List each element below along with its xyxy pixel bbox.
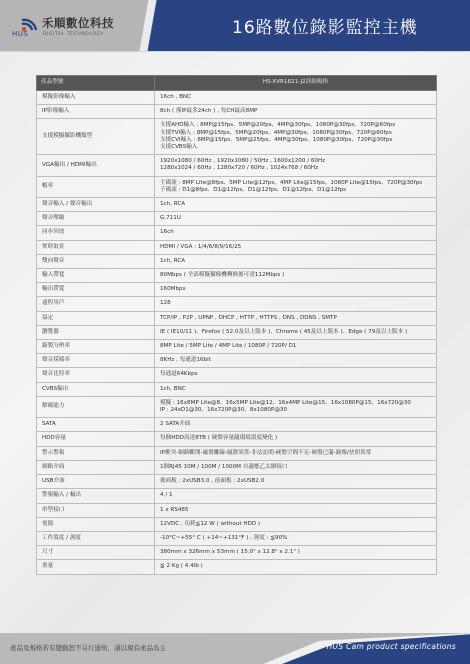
spec-value: 主碼流 : 8MP Lite@8fps、5MP Lite@12fps、4MP L… [155,176,437,197]
spec-row: 聲音比特率每通道64Kbps [37,368,437,382]
spec-row: USB介面後面板 : 2xUSB3.0 , 前面板 : 2xUSB2.0 [37,475,437,489]
spec-row: 工作溫度 / 濕度-10°C~+55° C ( +14~+131°F ) , 濕… [37,531,437,545]
spec-header-model: HS-XVR1621-J2詳細規格 [155,76,437,91]
spec-value: G.711U [155,212,437,226]
spec-row: 輸出帶寬160Mbps [37,283,437,297]
spec-label: 串型接口 [37,503,155,517]
spec-label: 實時取景 [37,240,155,254]
spec-row: 雙向聲音1ch, RCA [37,254,437,268]
spec-header-row: 產品型號 HS-XVR1621-J2詳細規格 [37,76,437,91]
spec-row: 瀏覽器IE ( IE10/11 )、Firefox ( 52.0及以上版本 )、… [37,325,437,339]
spec-value-line: IP : 24xD1@30、16x720P@30、8x1080P@30 [160,407,431,414]
spec-label: 雙向聲音 [37,254,155,268]
spec-value: IP衝突-網路斷開-磁盤離線-磁盤異常-非法訪問-硬盤空間不足-硬盤已滿-錄像/… [155,446,437,460]
spec-label: 輸入帶寬 [37,269,155,283]
spec-value: 模擬 : 16x8MP Lite@8、16x5MP Lite@12、16x4MP… [155,396,437,417]
spec-row: 幀率主碼流 : 8MP Lite@8fps、5MP Lite@12fps、4MP… [37,176,437,197]
spec-value-line: 80Mbps ( 全部模擬攝像機轉換後可達112Mbps ) [160,272,431,279]
spec-value-line: 主碼流 : 8MP Lite@8fps、5MP Lite@12fps、4MP L… [160,180,431,187]
spec-row: 串型接口1 x RS485 [37,503,437,517]
spec-value-line: 16ch , BNC [160,94,431,101]
spec-value-line: 每個HDD高達8TB ( 硬盤容量隨環境溫度變化 ) [160,435,431,442]
spec-value-line: TCP/IP , P2P , UPNP , DHCP , HTTP , HTTP… [160,315,431,322]
spec-header-label: 產品型號 [37,76,155,91]
spec-label: 模擬影像輸入 [37,91,155,105]
spec-label: 瀏覽器 [37,325,155,339]
spec-value-line: 1ch, RCA [160,258,431,265]
spec-value-line: 1 x RS485 [160,507,431,514]
spec-value-line: HDMI / VGA : 1/4/6/8/9/16/25 [160,244,431,251]
spec-value-line: 8MP Lite / 5MP Lite / 4MP Lite / 1080P /… [160,343,431,350]
spec-value: 12VDC , 功耗≦12 W ( without HDD ) [155,517,437,531]
spec-row: 輸入帶寬80Mbps ( 全部模擬攝像機轉換後可達112Mbps ) [37,269,437,283]
spec-row: 警報輸入 / 輸出4 / 1 [37,489,437,503]
spec-label: 警示警報 [37,446,155,460]
spec-row: 模擬影像輸入16ch , BNC [37,91,437,105]
spec-row: 網路介面1個RJ45 10M / 100M / 1000M 自適應乙太網接口 [37,460,437,474]
spec-row: 遠程用戶128 [37,297,437,311]
spec-value: 1ch, BNC [155,382,437,396]
spec-value-line: -10°C~+55° C ( +14~+131°F ) , 濕度 : ≦90% [160,535,431,542]
spec-label: 聲音壓縮 [37,212,155,226]
brand-name-en: DIGITAL TECHNOLOGY [43,32,104,37]
spec-value-line: 128 [160,300,431,307]
spec-body: 模擬影像輸入16ch , BNCIP影像輸入8ch ( 僅IP最多24ch ) … [37,91,437,575]
spec-label: 工作溫度 / 濕度 [37,531,155,545]
spec-label: 輸出帶寬 [37,283,155,297]
spec-row: 聲音壓縮G.711U [37,212,437,226]
spec-value: 8MP Lite / 5MP Lite / 4MP Lite / 1080P /… [155,340,437,354]
spec-value-line: 模擬 : 16x8MP Lite@8、16x5MP Lite@12、16x4MP… [160,400,431,407]
spec-label: HDD容量 [37,432,155,446]
spec-value-line: 1280x1024 / 60Hz , 1280x720 / 60Hz , 102… [160,165,431,172]
spec-value-line: 12VDC , 功耗≦12 W ( without HDD ) [160,521,431,528]
spec-label: 遠程用戶 [37,297,155,311]
spec-label: 警報輸入 / 輸出 [37,489,155,503]
page-footer: 產品及規格若有變動恕不另行通知，請以現有產品為主 HUS Cam product… [0,633,470,664]
spec-label: 同步回放 [37,226,155,240]
spec-value: 80Mbps ( 全部模擬攝像機轉換後可達112Mbps ) [155,269,437,283]
spec-value: 8ch ( 僅IP最多24ch ) , 每CH最高8MP [155,105,437,119]
spec-row: 支援模擬攝影機類型支援AHD輸入 : 8MP@15fps、5MP@20fps、4… [37,119,437,155]
spec-label: 協定 [37,311,155,325]
spec-value-line: 4 / 1 [160,492,431,499]
footer-tagline: HUS Cam product specifications [327,642,456,651]
spec-value-line: 380mm x 326mm x 53mm ( 15.0" x 12.8" x 2… [160,549,431,556]
spec-label: 錄製分辨率 [37,340,155,354]
spec-value: 2 SATA介面 [155,418,437,432]
spec-label: 支援模擬攝影機類型 [37,119,155,155]
page-header: HUS 禾順數位科技 DIGITAL TECHNOLOGY 16路數位錄影監控主… [0,0,470,51]
spec-value-line: 16ch [160,229,431,236]
spec-row: CVBS輸出1ch, BNC [37,382,437,396]
spec-label: VGA輸出 / HDMI輸出 [37,155,155,176]
spec-value: 16ch , BNC [155,91,437,105]
spec-value-line: 1ch, BNC [160,386,431,393]
spec-row: HDD容量每個HDD高達8TB ( 硬盤容量隨環境溫度變化 ) [37,432,437,446]
spec-row: 警示警報IP衝突-網路斷開-磁盤離線-磁盤異常-非法訪問-硬盤空間不足-硬盤已滿… [37,446,437,460]
spec-value: -10°C~+55° C ( +14~+131°F ) , 濕度 : ≦90% [155,531,437,545]
brand-name-cn: 禾順數位科技 [42,15,114,31]
spec-value-line: ≦ 2 Kg ( 4.4lb ) [160,563,431,570]
brand-logo: HUS 禾順數位科技 DIGITAL TECHNOLOGY [12,14,132,40]
spec-value: HDMI / VGA : 1/4/6/8/9/16/25 [155,240,437,254]
spec-value-line: 每通道64Kbps [160,371,431,378]
spec-value-line: 支援CVI輸入 : 8MP@15fps、5MP@25fps、4MP@30fps、… [160,137,431,144]
spec-table: 產品型號 HS-XVR1621-J2詳細規格 模擬影像輸入16ch , BNCI… [36,75,437,575]
spec-value: 1 x RS485 [155,503,437,517]
footer-disclaimer: 產品及規格若有變動恕不另行通知，請以現有產品為主 [10,643,166,652]
spec-value-line: 8KHz , 每通道16bit [160,357,431,364]
spec-value-line: 支援AHD輸入 : 8MP@15fps、5MP@20fps、4MP@30fps、… [160,122,431,129]
spec-value-line: 支援CVBS輸入 [160,144,431,151]
spec-row: 電源12VDC , 功耗≦12 W ( without HDD ) [37,517,437,531]
spec-label: 尺寸 [37,546,155,560]
spec-value-line: 160Mbps [160,286,431,293]
spec-value: 1ch, RCA [155,198,437,212]
spec-value: 4 / 1 [155,489,437,503]
spec-value: 每通道64Kbps [155,368,437,382]
spec-label: 聲音輸入 / 聲音輸出 [37,198,155,212]
spec-value: 1920x1080 / 60Hz , 1920x1080 / 50Hz , 16… [155,155,437,176]
spec-label: 電源 [37,517,155,531]
spec-label: 網路介面 [37,460,155,474]
spec-value-line: 1920x1080 / 60Hz , 1920x1080 / 50Hz , 16… [160,158,431,165]
spec-row: 重量≦ 2 Kg ( 4.4lb ) [37,560,437,574]
spec-row: 同步回放16ch [37,226,437,240]
spec-label: 幀率 [37,176,155,197]
spec-row: 錄製分辨率8MP Lite / 5MP Lite / 4MP Lite / 10… [37,340,437,354]
spec-label: 聲音比特率 [37,368,155,382]
spec-row: 協定TCP/IP , P2P , UPNP , DHCP , HTTP , HT… [37,311,437,325]
spec-label: SATA [37,418,155,432]
spec-row: IP影像輸入8ch ( 僅IP最多24ch ) , 每CH最高8MP [37,105,437,119]
spec-value-line: 1ch, RCA [160,201,431,208]
spec-value-line: 1個RJ45 10M / 100M / 1000M 自適應乙太網接口 [160,464,431,471]
brand-short: HUS [12,30,28,38]
spec-value: 160Mbps [155,283,437,297]
spec-value-line: IP衝突-網路斷開-磁盤離線-磁盤異常-非法訪問-硬盤空間不足-硬盤已滿-錄像/… [160,450,431,457]
spec-value: 每個HDD高達8TB ( 硬盤容量隨環境溫度變化 ) [155,432,437,446]
spec-value: 1ch, RCA [155,254,437,268]
spec-value: 1個RJ45 10M / 100M / 1000M 自適應乙太網接口 [155,460,437,474]
spec-value: 後面板 : 2xUSB3.0 , 前面板 : 2xUSB2.0 [155,475,437,489]
page-title: 16路數位錄影監控主機 [232,13,418,38]
spec-value: IE ( IE10/11 )、Firefox ( 52.0及以上版本 )、Chr… [155,325,437,339]
spec-label: 重量 [37,560,155,574]
spec-value-line: 子碼流 : D1@8fps、D1@12fps、D1@12fps、D1@12fps… [160,187,431,194]
spec-value: 支援AHD輸入 : 8MP@15fps、5MP@20fps、4MP@30fps、… [155,119,437,155]
spec-label: 解碼能力 [37,396,155,417]
spec-label: USB介面 [37,475,155,489]
spec-label: 聲音採樣率 [37,354,155,368]
header-divider [130,0,166,51]
spec-row: VGA輸出 / HDMI輸出1920x1080 / 60Hz , 1920x10… [37,155,437,176]
spec-value-line: 支援TVI輸入 : 8MP@15fps、5MP@20fps、4MP@30fps、… [160,130,431,137]
spec-value-line: IE ( IE10/11 )、Firefox ( 52.0及以上版本 )、Chr… [160,329,431,336]
spec-row: SATA2 SATA介面 [37,418,437,432]
spec-value-line: G.711U [160,215,431,222]
spec-label: CVBS輸出 [37,382,155,396]
spec-value: 16ch [155,226,437,240]
spec-label: IP影像輸入 [37,105,155,119]
spec-row: 解碼能力模擬 : 16x8MP Lite@8、16x5MP Lite@12、16… [37,396,437,417]
spec-value: TCP/IP , P2P , UPNP , DHCP , HTTP , HTTP… [155,311,437,325]
header-rule [0,51,470,52]
spec-row: 聲音輸入 / 聲音輸出1ch, RCA [37,198,437,212]
spec-value: ≦ 2 Kg ( 4.4lb ) [155,560,437,574]
spec-row: 尺寸380mm x 326mm x 53mm ( 15.0" x 12.8" x… [37,546,437,560]
spec-value-line: 後面板 : 2xUSB3.0 , 前面板 : 2xUSB2.0 [160,478,431,485]
spec-row: 實時取景HDMI / VGA : 1/4/6/8/9/16/25 [37,240,437,254]
spec-row: 聲音採樣率8KHz , 每通道16bit [37,354,437,368]
spec-value: 8KHz , 每通道16bit [155,354,437,368]
spec-value-line: 2 SATA介面 [160,421,431,428]
spec-value: 128 [155,297,437,311]
spec-value: 380mm x 326mm x 53mm ( 15.0" x 12.8" x 2… [155,546,437,560]
spec-value-line: 8ch ( 僅IP最多24ch ) , 每CH最高8MP [160,108,431,115]
